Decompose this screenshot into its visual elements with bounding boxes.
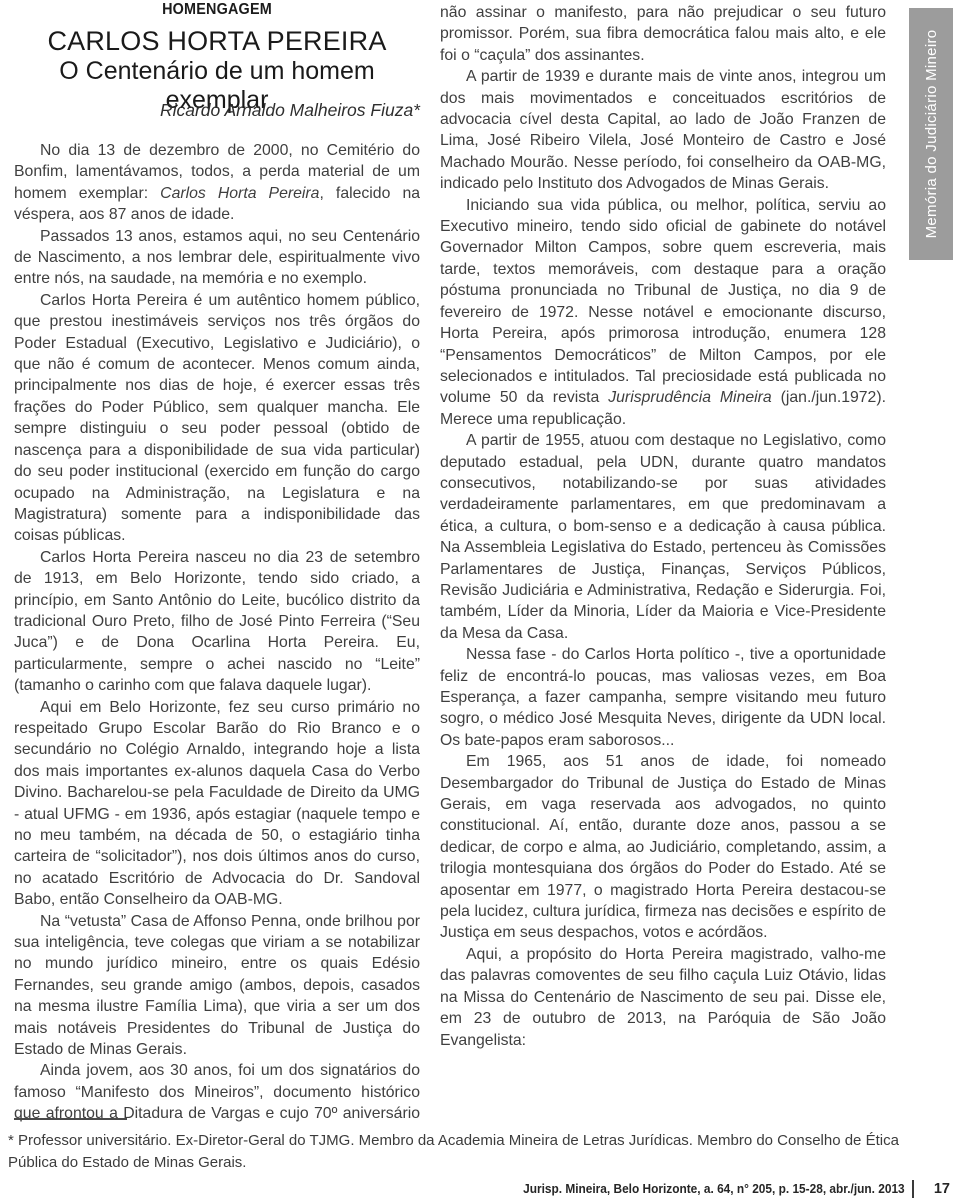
right-text-column: não assinar o manifesto, para não prejud… xyxy=(440,2,886,1112)
footnote-text: * Professor universitário. Ex-Diretor-Ge… xyxy=(8,1130,950,1174)
journal-citation: Jurisp. Mineira, Belo Horizonte, a. 64, … xyxy=(523,1182,905,1196)
section-kicker: HOMENGAGEM xyxy=(34,1,399,19)
footnote-rule xyxy=(14,1118,127,1120)
paragraph: A partir de 1939 e durante mais de vinte… xyxy=(440,66,886,194)
text-run: Passados 13 anos, estamos aqui, no seu C… xyxy=(14,228,420,288)
text-run: Em 1965, aos 51 anos de idade, foi nomea… xyxy=(440,753,886,941)
text-run: Aqui, a propósito do Horta Pereira magis… xyxy=(440,946,886,1049)
text-run: A partir de 1955, atuou com destaque no … xyxy=(440,432,886,642)
text-run: não assinar o manifesto, para não prejud… xyxy=(440,4,886,64)
paragraph: Carlos Horta Pereira é um autêntico home… xyxy=(14,290,420,547)
text-run: Carlos Horta Pereira nasceu no dia 23 de… xyxy=(14,549,420,694)
left-text-column: No dia 13 de dezembro de 2000, no Cemité… xyxy=(14,140,420,1125)
text-run: Nessa fase - do Carlos Horta político -,… xyxy=(440,646,886,749)
section-tab-label: Memória do Judiciário Mineiro xyxy=(909,8,953,260)
paragraph: Passados 13 anos, estamos aqui, no seu C… xyxy=(14,226,420,290)
paragraph: Nessa fase - do Carlos Horta político -,… xyxy=(440,644,886,751)
paragraph: não assinar o manifesto, para não prejud… xyxy=(440,2,886,66)
paragraph: Carlos Horta Pereira nasceu no dia 23 de… xyxy=(14,547,420,697)
article-title: CARLOS HORTA PEREIRA xyxy=(14,26,420,57)
page-footer: Jurisp. Mineira, Belo Horizonte, a. 64, … xyxy=(503,1180,950,1198)
journal-page: HOMENGAGEM CARLOS HORTA PEREIRA O Centen… xyxy=(0,0,960,1200)
page-number: 17 xyxy=(934,1181,950,1197)
author-byline: Ricardo Arnaldo Malheiros Fiuza* xyxy=(14,100,420,121)
text-run: Aqui em Belo Horizonte, fez seu curso pr… xyxy=(14,699,420,909)
paragraph: Em 1965, aos 51 anos de idade, foi nomea… xyxy=(440,751,886,944)
text-run: Carlos Horta Pereira é um autêntico home… xyxy=(14,292,420,544)
paragraph: Aqui em Belo Horizonte, fez seu curso pr… xyxy=(14,697,420,911)
italic-text-run: Carlos Horta Pereira xyxy=(160,185,319,202)
italic-text-run: Jurisprudência Mineira xyxy=(608,389,771,406)
text-run: A partir de 1939 e durante mais de vinte… xyxy=(440,68,886,192)
paragraph: Aqui, a propósito do Horta Pereira magis… xyxy=(440,944,886,1051)
paragraph: Na “vetusta” Casa de Affonso Penna, onde… xyxy=(14,911,420,1061)
paragraph: Iniciando sua vida pública, ou melhor, p… xyxy=(440,195,886,430)
text-run: Ainda jovem, aos 30 anos, foi um dos sig… xyxy=(14,1062,420,1125)
section-tab: Memória do Judiciário Mineiro xyxy=(909,8,953,260)
footer-divider xyxy=(912,1180,914,1198)
paragraph: No dia 13 de dezembro de 2000, no Cemité… xyxy=(14,140,420,226)
paragraph: A partir de 1955, atuou com destaque no … xyxy=(440,430,886,644)
text-run: Na “vetusta” Casa de Affonso Penna, onde… xyxy=(14,913,420,1058)
text-run: Iniciando sua vida pública, ou melhor, p… xyxy=(440,197,886,407)
paragraph: Ainda jovem, aos 30 anos, foi um dos sig… xyxy=(14,1060,420,1125)
